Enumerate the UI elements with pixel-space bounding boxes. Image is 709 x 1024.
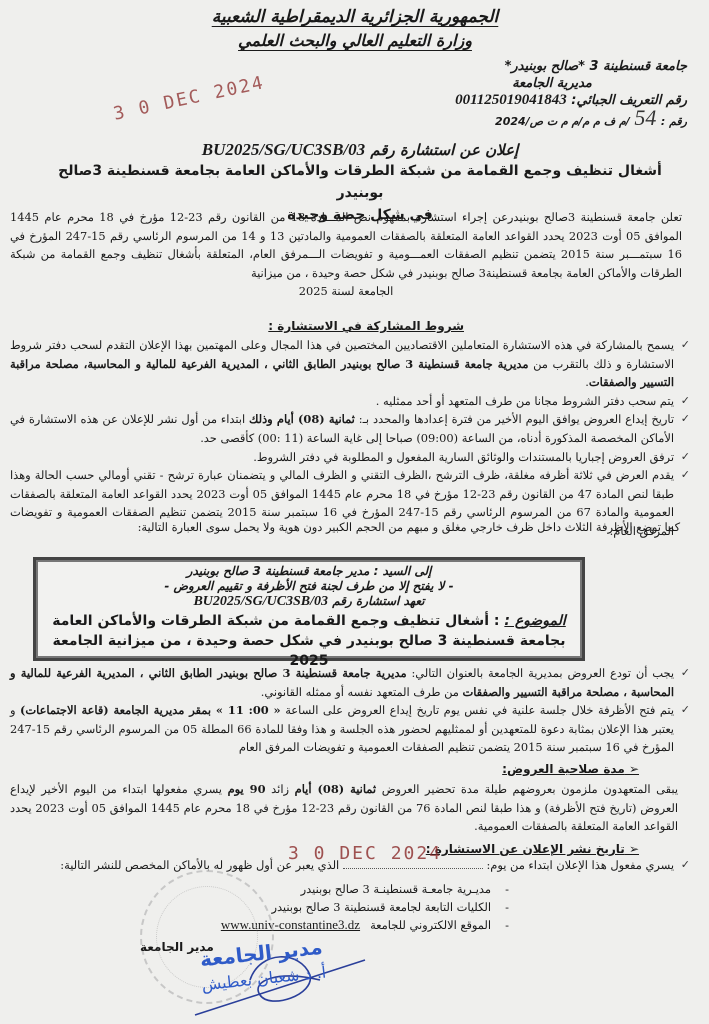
date-stamp-publication: 3 0 DEC 2024 xyxy=(288,843,442,864)
directorate-name: مديرية الجامعة xyxy=(357,75,687,92)
intro-text: تعلن جامعة قسنطينة 3صالح بوبنيدرعن إجراء… xyxy=(10,208,682,282)
check-icon: ✓ xyxy=(681,701,690,720)
envelope-consultation-code: BU2025/SG/UC3SB/03 xyxy=(193,594,328,609)
deposit-bold-text: « 00: 11 » بمقر مديرية الجامعة (قاعة الا… xyxy=(20,703,281,717)
publication-title-text: تاريخ نشر الإعلان عن الاستشارة : xyxy=(426,842,625,856)
validity-paragraph: يبقى المتعهدون ملزمون بعروضهم طيلة مدة ت… xyxy=(10,780,678,836)
place-text: مديـرية جامعـة قسنطينـة 3 صالح بوبنيدر xyxy=(301,882,491,896)
intro-last-line: الجامعة لسنة 2025 xyxy=(10,282,682,301)
tax-id-value: 001125019041843 xyxy=(455,92,567,108)
intro-paragraph: تعلن جامعة قسنطينة 3صالح بوبنيدرعن إجراء… xyxy=(10,208,682,301)
dash-icon: - xyxy=(505,916,509,934)
announcement-title: إعلان عن استشارة رقم BU2025/SG/UC3SB/03 xyxy=(60,140,660,160)
arrow-icon: ➢ xyxy=(625,842,639,856)
condition-item: ✓يتم سحب دفتر الشروط مجانا من طرف المتعه… xyxy=(10,392,690,411)
institution-block: جامعة قسنطينة 3 *صالح بوبنيدر* مديرية ال… xyxy=(357,58,687,130)
reference-suffix: /م ف م م/م م ت ص/2024 xyxy=(495,115,630,128)
condition-text: ترفق العروض إجباريا بالمستندات والوثائق … xyxy=(10,448,674,467)
publication-text: يسري مفعول هذا الإعلان ابتداء من يوم: xyxy=(486,858,674,872)
condition-item: ✓يسمح بالمشاركة في هذه الاستشارة المتعام… xyxy=(10,336,690,392)
reference-line: رقم : 54 /م ف م م/م م ت ص/2024 xyxy=(357,109,687,130)
envelope-warning: - لا يفتح إلا من طرف لجنة فتح الأظرفة و … xyxy=(46,579,572,594)
dash-icon: - xyxy=(505,880,509,898)
condition-item: ✓تاريخ إيداع العروض يوافق اليوم الأخير م… xyxy=(10,410,690,447)
envelope-note: كما توضع الأظرفة الثلاث داخل ظرف خارجي م… xyxy=(20,518,680,537)
conditions-title: شروط المشاركة في الاستشارة : xyxy=(268,319,464,333)
republic-header: الجمهورية الجزائرية الديمقراطية الشعبية xyxy=(150,6,560,28)
reference-number: 54 xyxy=(634,105,656,130)
envelope-consultation: تعهد استشارة رقم BU2025/SG/UC3SB/03 xyxy=(46,594,572,609)
check-icon: ✓ xyxy=(681,664,690,683)
place-text: الكليات التابعة لجامعة قسنطينة 3 صالح بو… xyxy=(271,900,491,914)
place-text: الموقع الالكتروني للجامعة xyxy=(370,918,491,932)
deposit-text: يتم فتح الأظرفة خلال جلسة علنية في نفس ي… xyxy=(281,703,674,717)
check-icon: ✓ xyxy=(681,336,690,355)
deposit-text-end: من طرف المتعهد نفسه أو ممثله القانوني. xyxy=(261,685,463,699)
deposit-item: ✓يتم فتح الأظرفة خلال جلسة علنية في نفس … xyxy=(10,701,690,757)
validity-text: يبقى المتعهدون ملزمون بعروضهم طيلة مدة ت… xyxy=(376,782,678,796)
validity-days: ثمانية (08) أيام xyxy=(295,782,376,796)
envelope-addressee: إلى السيد : مدير جامعة قسنطينة 3 صالح بو… xyxy=(46,564,572,579)
conditions-list: ✓يسمح بالمشاركة في هذه الاستشارة المتعام… xyxy=(10,336,690,541)
document-page: الجمهورية الجزائرية الديمقراطية الشعبية … xyxy=(0,0,709,1024)
date-stamp-top: 3 0 DEC 2024 xyxy=(112,72,267,125)
envelope-subject-label: الموضوع : xyxy=(504,613,565,629)
deposit-list: ✓يجب أن تودع العروض بمديرية الجامعة بالع… xyxy=(10,664,690,757)
check-icon: ✓ xyxy=(681,410,690,429)
check-icon: ✓ xyxy=(681,856,690,875)
check-icon: ✓ xyxy=(681,448,690,467)
announcement-title-prefix: إعلان عن استشارة رقم xyxy=(370,141,518,159)
validity-title-text: مدة صلاحية العروض: xyxy=(502,762,625,776)
validity-title: ➢ مدة صلاحية العروض: xyxy=(502,762,639,776)
publication-title: ➢ تاريخ نشر الإعلان عن الاستشارة : xyxy=(426,842,639,856)
condition-bold-text: ثمانية (08) أيام وذلك xyxy=(249,412,355,426)
deposit-item: ✓يجب أن تودع العروض بمديرية الجامعة بالع… xyxy=(10,664,690,701)
validity-extra-days: 90 يوم xyxy=(228,782,266,796)
condition-text: تاريخ إيداع العروض يوافق اليوم الأخير من… xyxy=(355,412,674,426)
envelope-box: إلى السيد : مدير جامعة قسنطينة 3 صالح بو… xyxy=(33,557,585,661)
validity-plus: زائد xyxy=(266,782,295,796)
deposit-text: يجب أن تودع العروض بمديرية الجامعة بالعن… xyxy=(407,666,674,680)
check-icon: ✓ xyxy=(681,392,690,411)
university-name: جامعة قسنطينة 3 *صالح بوبنيدر* xyxy=(357,58,687,75)
check-icon: ✓ xyxy=(681,466,690,485)
envelope-consultation-prefix: تعهد استشارة رقم xyxy=(332,594,424,608)
tax-id-label: رقم التعريف الجبائي: xyxy=(571,93,687,108)
condition-item: ✓ترفق العروض إجباريا بالمستندات والوثائق… xyxy=(10,448,690,467)
arrow-icon: ➢ xyxy=(625,762,639,776)
condition-text: يتم سحب دفتر الشروط مجانا من طرف المتعهد… xyxy=(10,392,674,411)
consultation-code: BU2025/SG/UC3SB/03 xyxy=(202,140,365,159)
envelope-subject: الموضوع : : أشغال تنظيف وجمع القمامة من … xyxy=(46,611,572,671)
reference-label: رقم : xyxy=(661,115,687,128)
dash-icon: - xyxy=(505,898,509,916)
ministry-header: وزارة التعليم العالي والبحث العلمي xyxy=(150,30,560,52)
subject-line-1: أشغال تنظيف وجمع القمامة من شبكة الطرقات… xyxy=(40,160,680,204)
envelope-subject-text: : أشغال تنظيف وجمع القمامة من شبكة الطرق… xyxy=(52,613,565,669)
